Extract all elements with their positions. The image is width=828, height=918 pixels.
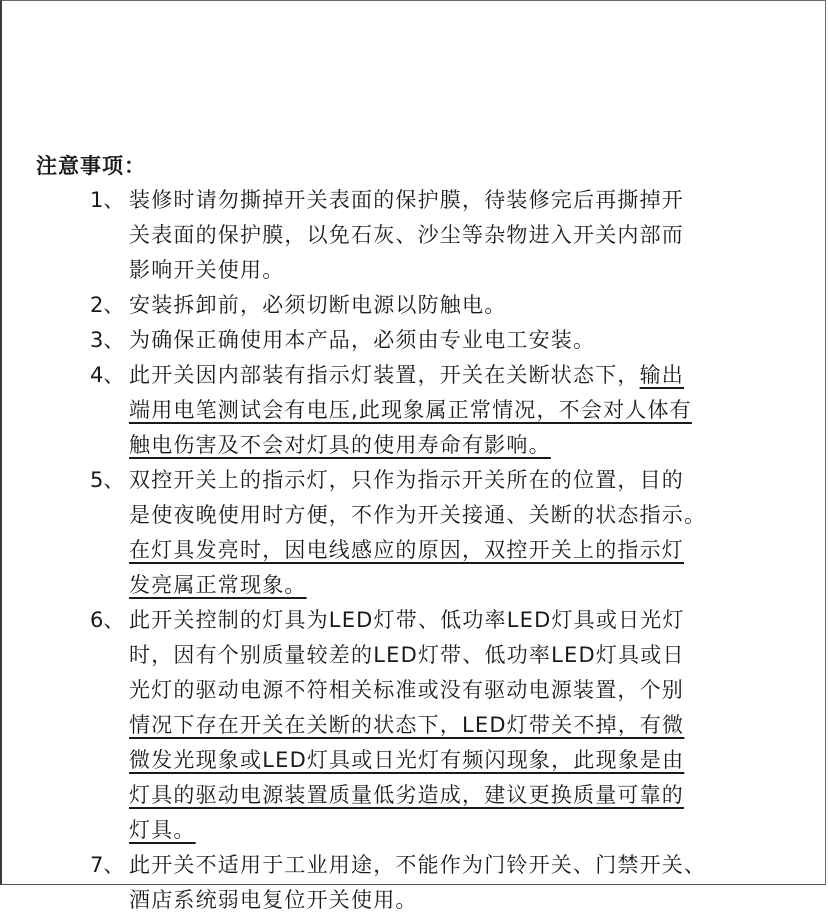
item-line: 发亮属正常现象。 [129,568,810,603]
item-number: 6、 [90,603,124,638]
item-line: 触电伤害及不会对灯具的使用寿命有影响。 [129,428,810,463]
underlined-text: 微发光现象或LED灯具或日光灯有频闪现象，此现象是由 [129,748,684,772]
item-number: 1、 [90,183,124,218]
underlined-text: 情况下存在开关在关断的状态下，LED灯带关不掉，有微 [129,713,684,737]
item-line: 灯具。 [129,813,810,848]
underlined-text: 灯具。 [129,818,196,842]
notice-item-4: 4、 此开关因内部装有指示灯装置，开关在关断状态下，输出 端用电笔测试会有电压,… [90,358,810,463]
item-line: 在灯具发亮时，因电线感应的原因，双控开关上的指示灯 [129,533,810,568]
item-line: 关表面的保护膜，以免石灰、沙尘等杂物进入开关内部而 [129,218,810,253]
notice-item-2: 2、 安装拆卸前，必须切断电源以防触电。 [90,288,810,323]
item-number: 7、 [90,848,124,883]
notice-item-1: 1、 装修时请勿撕掉开关表面的保护膜，待装修完后再撕掉开 关表面的保护膜，以免石… [90,183,810,288]
item-number: 4、 [90,358,124,393]
item-number: 5、 [90,463,124,498]
notice-item-6: 6、 此开关控制的灯具为LED灯带、低功率LED灯具或日光灯 时，因有个别质量较… [90,603,810,848]
item-line: 为确保正确使用本产品，必须由专业电工安装。 [129,323,810,358]
item-line: 影响开关使用。 [129,253,810,288]
notice-list: 1、 装修时请勿撕掉开关表面的保护膜，待装修完后再撕掉开 关表面的保护膜，以免石… [90,183,810,887]
underlined-text: 灯具的驱动电源装置质量低劣造成，建议更换质量可靠的 [129,783,684,807]
item-line: 灯具的驱动电源装置质量低劣造成，建议更换质量可靠的 [129,778,810,813]
item-line: 此开关控制的灯具为LED灯带、低功率LED灯具或日光灯 [129,603,810,638]
item-line: 酒店系统弱电复位开关使用。 [129,883,810,887]
item-line: 情况下存在开关在关断的状态下，LED灯带关不掉，有微 [129,708,810,743]
underlined-text: 发亮属正常现象。 [129,573,307,597]
item-line: 安装拆卸前，必须切断电源以防触电。 [129,288,810,323]
item-line: 时，因有个别质量较差的LED灯带、低功率LED灯具或日 [129,638,810,673]
underlined-text: 输出 [640,363,684,387]
notice-item-7: 7、 此开关不适用于工业用途，不能作为门铃开关、门禁开关、 酒店系统弱电复位开关… [90,848,810,887]
item-line: 此开关因内部装有指示灯装置，开关在关断状态下，输出 [129,358,810,393]
item-number: 2、 [90,288,124,323]
underlined-text: 在灯具发亮时，因电线感应的原因，双控开关上的指示灯 [129,538,684,562]
item-line: 装修时请勿撕掉开关表面的保护膜，待装修完后再撕掉开 [129,183,810,218]
notice-item-3: 3、 为确保正确使用本产品，必须由专业电工安装。 [90,323,810,358]
notice-item-5: 5、 双控开关上的指示灯，只作为指示开关所在的位置，目的 是使夜晚使用时方便，不… [90,463,810,603]
item-line: 双控开关上的指示灯，只作为指示开关所在的位置，目的 [129,463,810,498]
item-line: 是使夜晚使用时方便，不作为开关接通、关断的状态指示。 [129,498,810,533]
underlined-text: 端用电笔测试会有电压,此现象属正常情况，不会对人体有 [129,398,692,422]
notice-title: 注意事项： [36,150,146,180]
item-line: 光灯的驱动电源不符相关标准或没有驱动电源装置，个别 [129,673,810,708]
document-frame: 注意事项： 1、 装修时请勿撕掉开关表面的保护膜，待装修完后再撕掉开 关表面的保… [0,0,826,885]
underlined-text: 触电伤害及不会对灯具的使用寿命有影响。 [129,433,551,457]
item-line: 端用电笔测试会有电压,此现象属正常情况，不会对人体有 [129,393,810,428]
item-line: 微发光现象或LED灯具或日光灯有频闪现象，此现象是由 [129,743,810,778]
item-line: 此开关不适用于工业用途，不能作为门铃开关、门禁开关、 [129,848,810,883]
item-number: 3、 [90,323,124,358]
